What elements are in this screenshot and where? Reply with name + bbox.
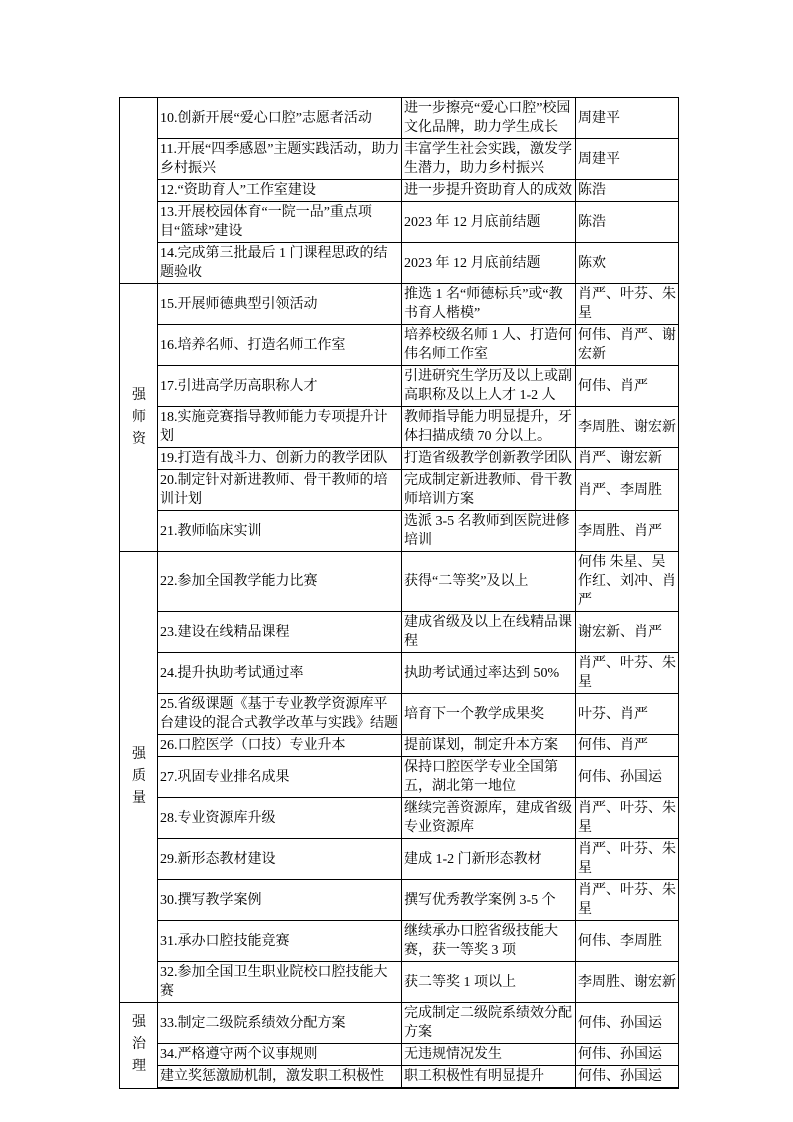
owners-cell: 何伟、孙国运 (576, 1044, 679, 1066)
target-cell: 2023 年 12 月底前结题 (402, 243, 576, 284)
owners-cell: 肖严、叶芬、朱星 (576, 653, 679, 694)
category-cell: 强 治 理 (120, 1003, 158, 1089)
target-cell: 进一步擦亮“爱心口腔”校园文化品牌，助力学生成长 (402, 98, 576, 139)
task-cell: 10.创新开展“爱心口腔”志愿者活动 (158, 98, 402, 139)
owners-cell: 李周胜、谢宏新 (576, 962, 679, 1003)
task-cell: 14.完成第三批最后 1 门课程思政的结题验收 (158, 243, 402, 284)
task-cell: 21.教师临床实训 (158, 511, 402, 552)
owners-cell: 何伟 朱星、吴作红、刘冲、肖严 (576, 552, 679, 612)
owners-cell: 周建平 (576, 139, 679, 180)
table-row: 19.打造有战斗力、创新力的教学团队打造省级教学创新教学团队肖严、谢宏新 (120, 448, 679, 470)
owners-cell: 李周胜、谢宏新 (576, 407, 679, 448)
task-cell: 17.引进高学历高职称人才 (158, 366, 402, 407)
task-cell: 23.建设在线精品课程 (158, 612, 402, 653)
document-page: 10.创新开展“爱心口腔”志愿者活动进一步擦亮“爱心口腔”校园文化品牌，助力学生… (0, 0, 793, 1122)
table-row: 32.参加全国卫生职业院校口腔技能大赛获二等奖 1 项以上李周胜、谢宏新 (120, 962, 679, 1003)
owners-cell: 何伟、孙国运 (576, 757, 679, 798)
owners-cell: 肖严、叶芬、朱星 (576, 839, 679, 880)
table-row: 14.完成第三批最后 1 门课程思政的结题验收2023 年 12 月底前结题陈欢 (120, 243, 679, 284)
task-cell: 13.开展校园体育“一院一品”重点项目“篮球”建设 (158, 202, 402, 243)
task-cell: 28.专业资源库升级 (158, 798, 402, 839)
table-row: 31.承办口腔技能竞赛继续承办口腔省级技能大赛，获一等奖 3 项何伟、李周胜 (120, 921, 679, 962)
owners-cell: 何伟、李周胜 (576, 921, 679, 962)
table-row: 强 治 理33.制定二级院系绩效分配方案完成制定二级院系绩效分配方案何伟、孙国运 (120, 1003, 679, 1044)
owners-cell: 陈欢 (576, 243, 679, 284)
task-cell: 31.承办口腔技能竞赛 (158, 921, 402, 962)
task-cell: 30.撰写教学案例 (158, 880, 402, 921)
target-cell: 保持口腔医学专业全国第五，湖北第一地位 (402, 757, 576, 798)
target-cell: 2023 年 12 月底前结题 (402, 202, 576, 243)
target-cell: 撰写优秀教学案例 3-5 个 (402, 880, 576, 921)
table-row: 26.口腔医学（口技）专业升本提前谋划，制定升本方案何伟、肖严 (120, 735, 679, 757)
target-cell: 引进研究生学历及以上或副高职称及以上人才 1-2 人 (402, 366, 576, 407)
owners-cell: 叶芬、肖严 (576, 694, 679, 735)
owners-cell: 何伟、肖严 (576, 735, 679, 757)
task-cell: 22.参加全国教学能力比赛 (158, 552, 402, 612)
task-cell: 25.省级课题《基于专业教学资源库平台建设的混合式教学改革与实践》结题 (158, 694, 402, 735)
category-cell: 强 师 资 (120, 284, 158, 552)
target-cell: 提前谋划，制定升本方案 (402, 735, 576, 757)
table-row: 29.新形态教材建设建成 1-2 门新形态教材肖严、叶芬、朱星 (120, 839, 679, 880)
category-label: 强 治 理 (122, 1012, 156, 1078)
table-row: 10.创新开展“爱心口腔”志愿者活动进一步擦亮“爱心口腔”校园文化品牌，助力学生… (120, 98, 679, 139)
target-cell: 完成制定新进教师、骨干教师培训方案 (402, 470, 576, 511)
owners-cell: 肖严、李周胜 (576, 470, 679, 511)
task-cell: 20.制定针对新进教师、骨干教师的培训计划 (158, 470, 402, 511)
owners-cell: 周建平 (576, 98, 679, 139)
task-cell: 34.严格遵守两个议事规则 (158, 1044, 402, 1066)
table-row: 28.专业资源库升级继续完善资源库，建成省级专业资源库肖严、叶芬、朱星 (120, 798, 679, 839)
work-plan-table: 10.创新开展“爱心口腔”志愿者活动进一步擦亮“爱心口腔”校园文化品牌，助力学生… (119, 97, 679, 1089)
table-row: 建立奖惩激励机制，激发职工积极性职工积极性有明显提升何伟、孙国运 (120, 1066, 679, 1089)
table-row: 12.“资助育人”工作室建设进一步提升资助育人的成效陈浩 (120, 180, 679, 202)
owners-cell: 肖严、叶芬、朱星 (576, 798, 679, 839)
task-cell: 29.新形态教材建设 (158, 839, 402, 880)
target-cell: 进一步提升资助育人的成效 (402, 180, 576, 202)
category-label: 强 质 量 (122, 744, 156, 810)
target-cell: 执助考试通过率达到 50% (402, 653, 576, 694)
target-cell: 完成制定二级院系绩效分配方案 (402, 1003, 576, 1044)
table-row: 25.省级课题《基于专业教学资源库平台建设的混合式教学改革与实践》结题培育下一个… (120, 694, 679, 735)
target-cell: 培养校级名师 1 人、打造何伟名师工作室 (402, 325, 576, 366)
task-cell: 18.实施竞赛指导教师能力专项提升计划 (158, 407, 402, 448)
target-cell: 建成 1-2 门新形态教材 (402, 839, 576, 880)
target-cell: 获得“二等奖”及以上 (402, 552, 576, 612)
task-cell: 26.口腔医学（口技）专业升本 (158, 735, 402, 757)
table-row: 27.巩固专业排名成果保持口腔医学专业全国第五，湖北第一地位何伟、孙国运 (120, 757, 679, 798)
owners-cell: 肖严、谢宏新 (576, 448, 679, 470)
task-cell: 15.开展师德典型引领活动 (158, 284, 402, 325)
table-row: 强 师 资15.开展师德典型引领活动推选 1 名“师德标兵”或“教书育人楷模”肖… (120, 284, 679, 325)
category-label: 强 师 资 (122, 385, 156, 451)
table-row: 30.撰写教学案例撰写优秀教学案例 3-5 个肖严、叶芬、朱星 (120, 880, 679, 921)
owners-cell: 何伟、孙国运 (576, 1003, 679, 1044)
owners-cell: 肖严、叶芬、朱星 (576, 284, 679, 325)
task-cell: 32.参加全国卫生职业院校口腔技能大赛 (158, 962, 402, 1003)
target-cell: 无违规情况发生 (402, 1044, 576, 1066)
owners-cell: 陈浩 (576, 180, 679, 202)
target-cell: 推选 1 名“师德标兵”或“教书育人楷模” (402, 284, 576, 325)
task-cell: 27.巩固专业排名成果 (158, 757, 402, 798)
target-cell: 培育下一个教学成果奖 (402, 694, 576, 735)
owners-cell: 何伟、肖严 (576, 366, 679, 407)
owners-cell: 陈浩 (576, 202, 679, 243)
target-cell: 建成省级及以上在线精品课程 (402, 612, 576, 653)
table-row: 11.开展“四季感恩”主题实践活动，助力乡村振兴丰富学生社会实践，激发学生潜力，… (120, 139, 679, 180)
owners-cell: 何伟、孙国运 (576, 1066, 679, 1089)
table-row: 强 质 量22.参加全国教学能力比赛获得“二等奖”及以上何伟 朱星、吴作红、刘冲… (120, 552, 679, 612)
category-cell: 强 质 量 (120, 552, 158, 1003)
work-plan-table-body: 10.创新开展“爱心口腔”志愿者活动进一步擦亮“爱心口腔”校园文化品牌，助力学生… (120, 98, 679, 1089)
target-cell: 继续承办口腔省级技能大赛，获一等奖 3 项 (402, 921, 576, 962)
target-cell: 丰富学生社会实践，激发学生潜力，助力乡村振兴 (402, 139, 576, 180)
task-cell: 16.培养名师、打造名师工作室 (158, 325, 402, 366)
task-cell: 建立奖惩激励机制，激发职工积极性 (158, 1066, 402, 1089)
table-row: 24.提升执助考试通过率执助考试通过率达到 50%肖严、叶芬、朱星 (120, 653, 679, 694)
task-cell: 12.“资助育人”工作室建设 (158, 180, 402, 202)
table-row: 34.严格遵守两个议事规则无违规情况发生何伟、孙国运 (120, 1044, 679, 1066)
table-row: 20.制定针对新进教师、骨干教师的培训计划完成制定新进教师、骨干教师培训方案肖严… (120, 470, 679, 511)
table-row: 18.实施竞赛指导教师能力专项提升计划教师指导能力明显提升，牙体扫描成绩 70 … (120, 407, 679, 448)
table-row: 13.开展校园体育“一院一品”重点项目“篮球”建设2023 年 12 月底前结题… (120, 202, 679, 243)
owners-cell: 李周胜、肖严 (576, 511, 679, 552)
target-cell: 选派 3-5 名教师到医院进修培训 (402, 511, 576, 552)
owners-cell: 谢宏新、肖严 (576, 612, 679, 653)
target-cell: 继续完善资源库，建成省级专业资源库 (402, 798, 576, 839)
target-cell: 打造省级教学创新教学团队 (402, 448, 576, 470)
owners-cell: 肖严、叶芬、朱星 (576, 880, 679, 921)
table-row: 16.培养名师、打造名师工作室培养校级名师 1 人、打造何伟名师工作室何伟、肖严… (120, 325, 679, 366)
target-cell: 教师指导能力明显提升，牙体扫描成绩 70 分以上。 (402, 407, 576, 448)
target-cell: 职工积极性有明显提升 (402, 1066, 576, 1089)
table-row: 23.建设在线精品课程建成省级及以上在线精品课程谢宏新、肖严 (120, 612, 679, 653)
task-cell: 11.开展“四季感恩”主题实践活动，助力乡村振兴 (158, 139, 402, 180)
table-row: 21.教师临床实训选派 3-5 名教师到医院进修培训李周胜、肖严 (120, 511, 679, 552)
owners-cell: 何伟、肖严、谢宏新 (576, 325, 679, 366)
category-cell (120, 98, 158, 284)
task-cell: 24.提升执助考试通过率 (158, 653, 402, 694)
task-cell: 33.制定二级院系绩效分配方案 (158, 1003, 402, 1044)
table-row: 17.引进高学历高职称人才引进研究生学历及以上或副高职称及以上人才 1-2 人何… (120, 366, 679, 407)
target-cell: 获二等奖 1 项以上 (402, 962, 576, 1003)
task-cell: 19.打造有战斗力、创新力的教学团队 (158, 448, 402, 470)
